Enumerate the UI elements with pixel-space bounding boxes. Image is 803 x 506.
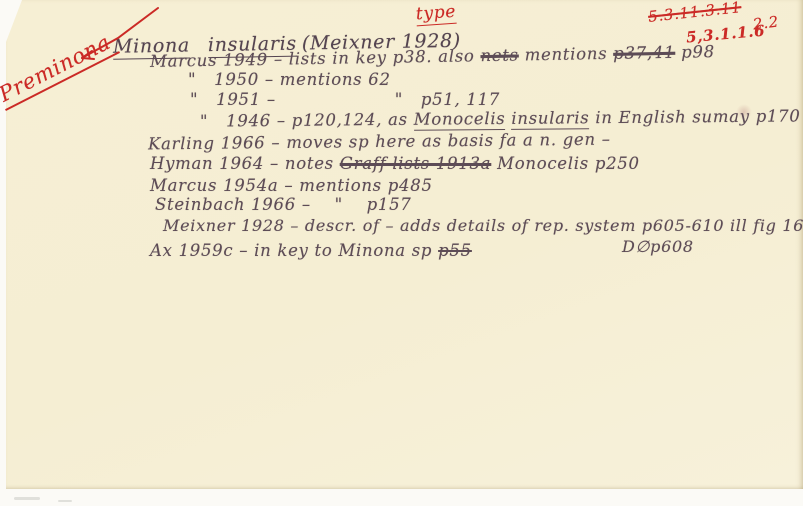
entry-ax-1959c: Ax 1959c – in key to Minona sp p55	[150, 242, 472, 260]
scanned-index-card-page: Minonainsularis(Meixner 1928) Preminona …	[0, 0, 803, 506]
underlined-genus: Monocelis	[414, 109, 506, 131]
filing-code-suffix: 2.2	[752, 13, 780, 33]
entry-marcus-1954a: Marcus 1954a – mentions p485	[150, 177, 433, 195]
type-annotation: type	[415, 3, 457, 26]
underlined-species: insularis	[511, 108, 589, 130]
entry-meixner-1928: Meixner 1928 – descr. of – adds details …	[163, 217, 803, 235]
struck-text: p37,41	[613, 43, 675, 63]
entry-marcus-1951: " 1951 – " p51, 117	[190, 91, 500, 109]
entry-hyman-1964: Hyman 1964 – notes Graff lists 1913a Mon…	[150, 155, 640, 173]
entry-steinbach-1966: Steinbach 1966 – " p157	[155, 196, 412, 214]
struck-text: Graff lists 1913a	[340, 154, 491, 173]
entry-marcus-1950: " 1950 – mentions 62	[188, 71, 391, 89]
entry-meixner-1928-continued: D∅p608	[622, 238, 694, 256]
struck-text: p55	[438, 241, 472, 260]
struck-text: nets	[480, 45, 519, 65]
